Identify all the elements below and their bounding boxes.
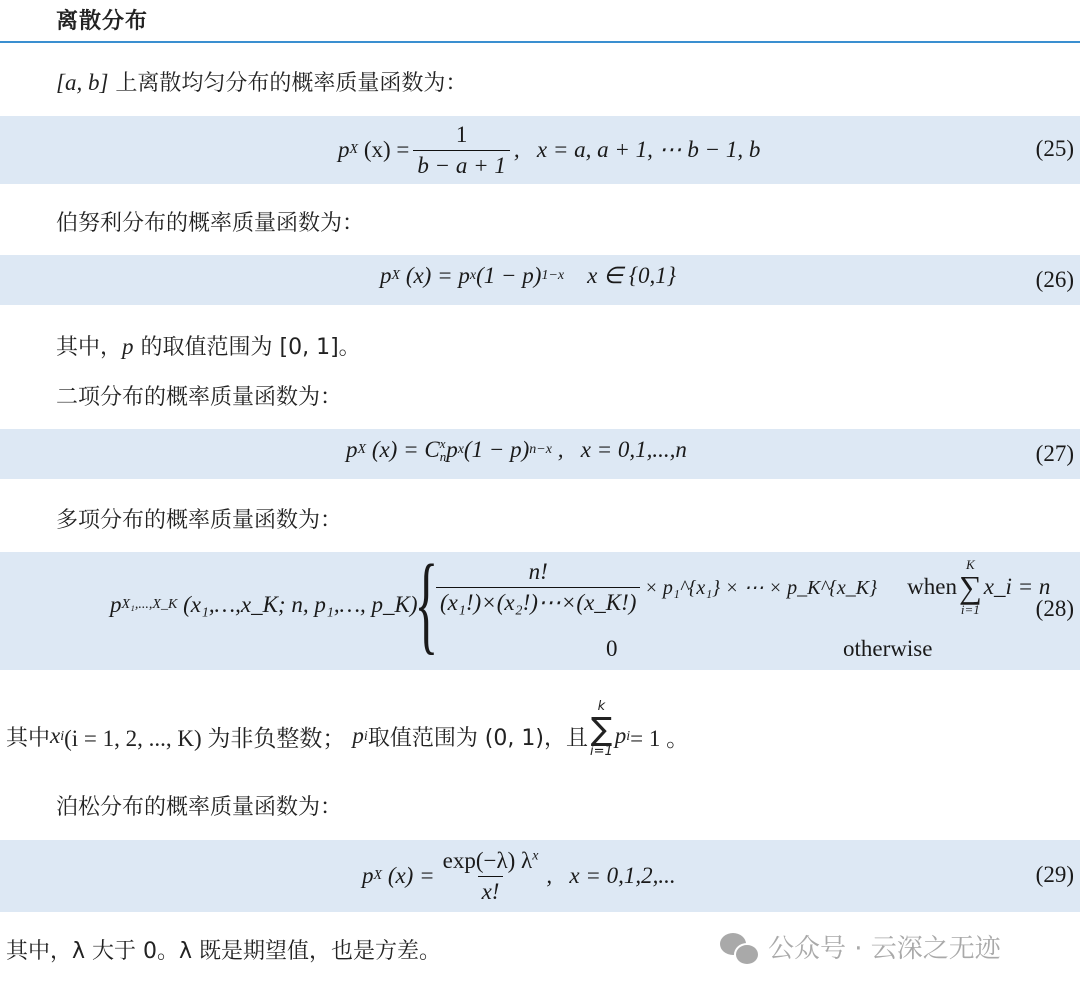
equation-binomial: pX (x) = C xn px (1 − p)n−x , x = 0,1,..… — [346, 437, 687, 463]
poisson-intro: 泊松分布的概率质量函数为： — [56, 790, 342, 821]
watermark-text: 公众号 · 云深之无迹 — [768, 928, 1001, 965]
uniform-intro: [a, b] 上离散均匀分布的概率质量函数为： — [56, 66, 467, 97]
equation-band-29: pX (x) = exp(−λ) λxx! , x = 0,1,2,... (2… — [0, 840, 1080, 912]
equation-uniform: pX (x) = 1b − a + 1 , x = a, a + 1, ⋯ b … — [338, 118, 760, 182]
bernoulli-note: 其中，p 的取值范围为 [0, 1]。 — [56, 330, 361, 361]
poisson-note: 其中，λ 大于 0。λ 既是期望值，也是方差。 — [6, 934, 441, 965]
equation-number: (27) — [1036, 441, 1074, 467]
equation-bernoulli: pX (x) = px (1 − p)1−x x ∈ {0,1} — [380, 263, 676, 289]
equation-number: (26) — [1036, 267, 1074, 293]
equation-number: (25) — [1036, 136, 1074, 162]
watermark: 公众号 · 云深之无迹 — [720, 928, 1001, 965]
equation-band-28: pX₁,...,X_K (x₁,…,x_K; n, p₁,…, p_K) { n… — [0, 552, 1080, 670]
wechat-icon — [720, 931, 760, 963]
equation-band-25: pX (x) = 1b − a + 1 , x = a, a + 1, ⋯ b … — [0, 116, 1080, 184]
equation-multinomial-lhs: pX₁,...,X_K (x₁,…,x_K; n, p₁,…, p_K) — [110, 592, 418, 618]
equation-number: (29) — [1036, 862, 1074, 888]
equation-poisson: pX (x) = exp(−λ) λxx! , x = 0,1,2,... — [362, 844, 676, 908]
fraction: 1b − a + 1 — [413, 122, 510, 179]
equation-multinomial-case2-value: 0 — [606, 636, 618, 662]
equation-band-27: pX (x) = C xn px (1 − p)n−x , x = 0,1,..… — [0, 429, 1080, 479]
equation-multinomial-case1: n!(x₁!)×(x₂!)⋯×(x_K!) × p₁^{x₁} × ⋯ × p_… — [432, 558, 1050, 616]
equation-multinomial-case2-condition: otherwise — [843, 636, 932, 662]
multinomial-intro: 多项分布的概率质量函数为： — [56, 503, 342, 534]
multinomial-note: 其中 xi (i = 1, 2, ..., K) 为非负整数； pi取值范围为 … — [6, 714, 689, 758]
uniform-interval: [a, b] — [56, 70, 108, 95]
section-title: 离散分布 — [56, 4, 148, 35]
bernoulli-intro: 伯努利分布的概率质量函数为： — [56, 206, 364, 237]
equation-number: (28) — [1036, 596, 1074, 622]
equation-band-26: pX (x) = px (1 − p)1−x x ∈ {0,1} (26) — [0, 255, 1080, 305]
section-divider — [0, 41, 1080, 43]
binomial-intro: 二项分布的概率质量函数为： — [56, 380, 342, 411]
